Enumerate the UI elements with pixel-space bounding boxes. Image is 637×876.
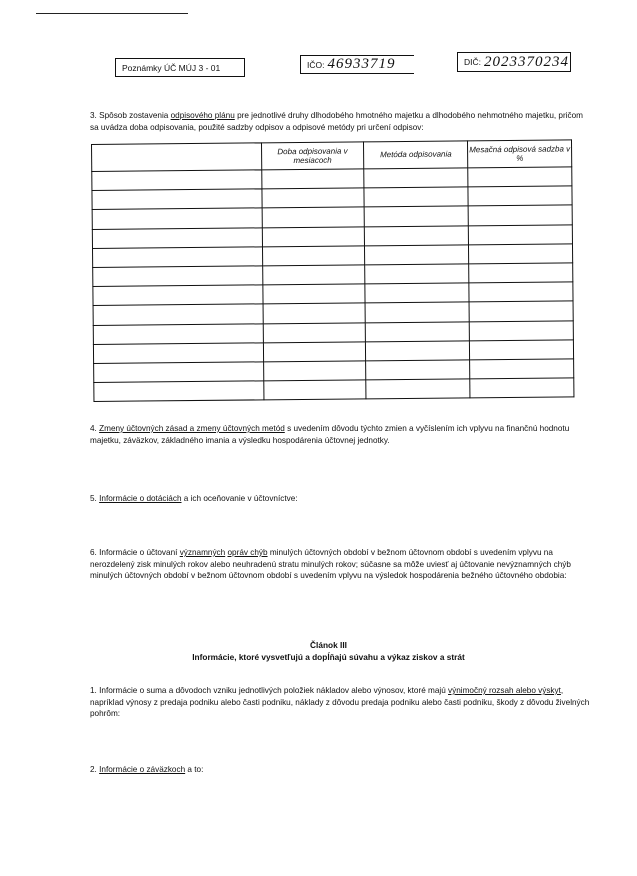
dic-value: 2023370234 xyxy=(484,54,569,71)
link-vyznamnych: významných xyxy=(180,548,226,557)
section-3-text: 3. Spôsob zostavenia odpisového plánu pr… xyxy=(90,110,590,133)
table-row xyxy=(94,378,574,402)
ico-value: 46933719 xyxy=(327,56,395,73)
col-header-asset xyxy=(92,143,262,172)
section-4-text: 4. Zmeny účtovných zásad a zmeny účtovný… xyxy=(90,423,590,446)
section-6-text: 6. Informácie o účtovaní významných oprá… xyxy=(90,547,590,582)
dic-box: DIČ: 2023370234 xyxy=(457,52,571,72)
item-1-text: 1. Informácie o suma a dôvodoch vzniku j… xyxy=(90,685,590,720)
link-vynimocny-rozsah: výnimočný rozsah alebo výskyt xyxy=(448,686,561,695)
dic-label: DIČ: xyxy=(464,57,481,67)
link-opravy-chyb: opráv chýb xyxy=(227,548,267,557)
link-zavazky: Informácie o záväzkoch xyxy=(99,765,185,774)
col-header-period: Doba odpisovania v mesiacoch xyxy=(261,142,364,170)
form-label-box: Poznámky ÚČ MÚJ 3 - 01 xyxy=(115,58,245,77)
article-3-title: Článok III xyxy=(10,640,637,650)
depreciation-table: Doba odpisovania v mesiacoch Metóda odpi… xyxy=(91,139,574,402)
link-odpisovy-plan: odpisového plánu xyxy=(171,111,235,120)
item-2-text: 2. Informácie o záväzkoch a to: xyxy=(90,764,590,776)
ico-box: IČO: 46933719 xyxy=(300,55,414,74)
col-header-rate: Mesačná odpisová sadzba v % xyxy=(468,140,572,168)
section-5-text: 5. Informácie o dotáciách a ich oceňovan… xyxy=(90,493,590,505)
link-zmeny-zasad: Zmeny účtovných zásad a zmeny účtovných … xyxy=(99,424,285,433)
col-header-method: Metóda odpisovania xyxy=(364,141,468,169)
form-label: Poznámky ÚČ MÚJ 3 - 01 xyxy=(122,63,220,73)
article-3-subtitle: Informácie, ktoré vysvetľujú a dopĺňajú … xyxy=(10,652,637,662)
ico-label: IČO: xyxy=(307,60,324,70)
link-dotacie: Informácie o dotáciách xyxy=(99,494,181,503)
scan-line xyxy=(38,13,188,14)
